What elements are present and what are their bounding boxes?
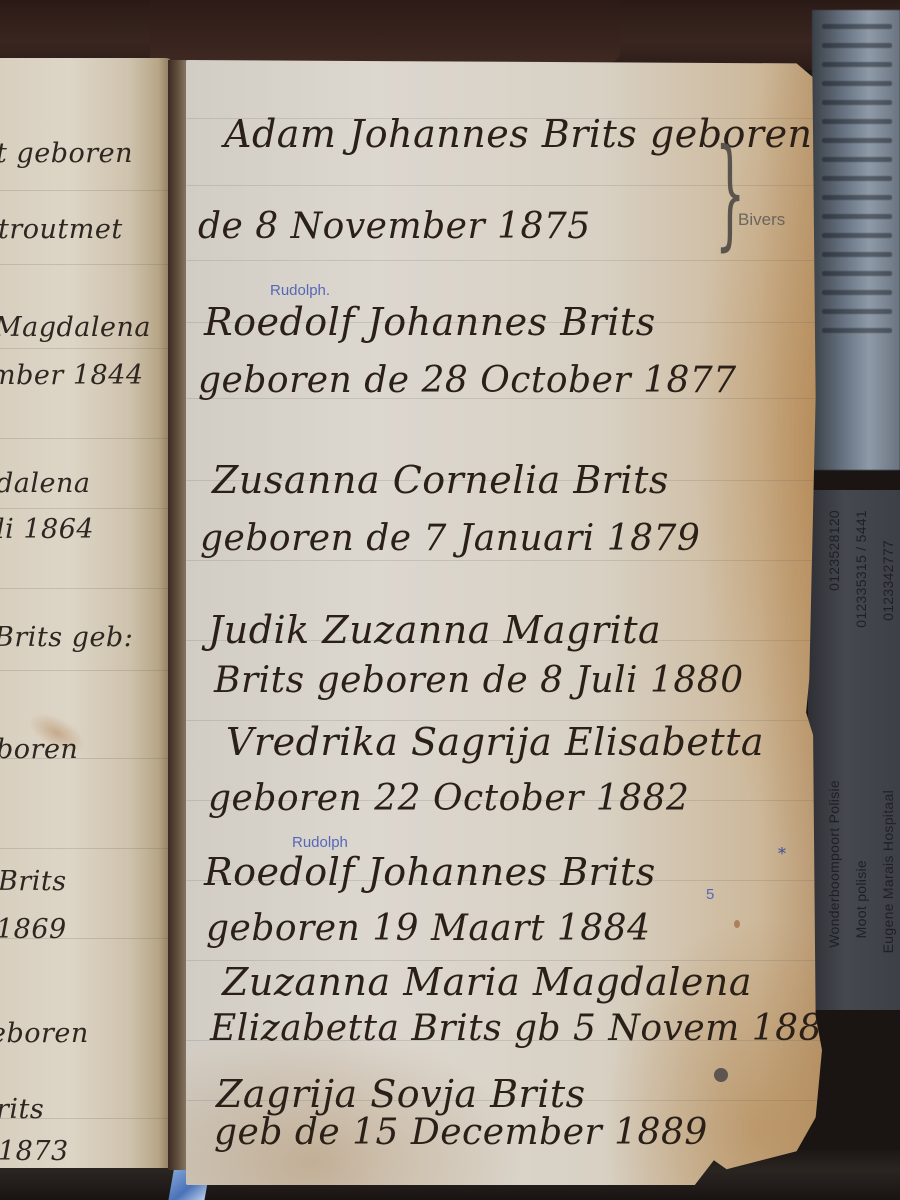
- phone-list-name: Wonderboompoort Polisie: [826, 780, 842, 948]
- brace-mark: }: [715, 134, 746, 254]
- pin-hole: [714, 1068, 728, 1082]
- left-line: Magdalena: [0, 312, 151, 343]
- left-line: 1873: [0, 1136, 69, 1167]
- date-correction: 5: [706, 886, 714, 903]
- blue-annotation: Rudolph.: [270, 282, 330, 299]
- left-line: boren: [0, 734, 78, 765]
- pencil-annotation: Bivers: [738, 210, 785, 230]
- entry-name: Roedolf Johannes Brits: [204, 850, 656, 894]
- entry-date: geboren 22 October 1882: [208, 778, 689, 819]
- entry-name: Zuzanna Maria Magdalena: [222, 960, 752, 1004]
- ink-spot: [734, 920, 740, 928]
- entry-name: Zagrija Sovja Brits: [216, 1072, 586, 1116]
- entry-name: Judik Zuzanna Magrita: [208, 608, 661, 652]
- entry-date: geboren 19 Maart 1884: [206, 908, 651, 949]
- left-line: troutmet: [0, 214, 123, 245]
- background-phone-list: Wonderboompoort Polisie 0123528120 Moot …: [808, 490, 900, 1010]
- left-line: 1869: [0, 914, 67, 945]
- left-line: t geboren: [0, 138, 133, 169]
- phone-list-number: 012335315 / 5441: [853, 510, 869, 628]
- entry-name: Roedolf Johannes Brits: [204, 300, 656, 344]
- book-cover: [150, 0, 620, 62]
- left-line: Brits geb:: [0, 622, 133, 653]
- left-line: mber 1844: [0, 360, 144, 391]
- phone-list-number: 0123528120: [826, 510, 842, 591]
- left-line: rits: [0, 1094, 44, 1125]
- left-line: Brits: [0, 866, 67, 897]
- phone-list-number: 0123342777: [880, 540, 896, 621]
- entry-name: Vredrika Sagrija Elisabetta: [226, 720, 764, 764]
- blue-annotation: Rudolph: [292, 834, 348, 851]
- left-line: dalena: [0, 468, 90, 499]
- entry-name: Zusanna Cornelia Brits: [212, 458, 669, 502]
- entry-date: de 8 November 1875: [198, 206, 591, 247]
- entry-date: Elizabetta Brits gb 5 Novem 1884: [210, 1008, 822, 1049]
- background-printed-book: [812, 10, 900, 470]
- phone-list-name: Moot polisie: [853, 860, 869, 938]
- entry-date: geb de 15 December 1889: [214, 1112, 708, 1153]
- entry-date: geboren de 28 October 1877: [198, 360, 737, 401]
- left-line: li 1864: [0, 514, 94, 545]
- left-page: t geboren troutmet Magdalena mber 1844 d…: [0, 58, 172, 1168]
- left-line: eboren: [0, 1018, 89, 1049]
- phone-list-name: Eugene Marais Hospitaal: [880, 790, 896, 953]
- entry-date: geboren de 7 Januari 1879: [200, 518, 700, 559]
- entry-date: Brits geboren de 8 Juli 1880: [214, 660, 744, 701]
- asterisk-mark: *: [778, 844, 786, 863]
- right-page: Adam Johannes Brits geboren de 8 Novembe…: [186, 60, 822, 1185]
